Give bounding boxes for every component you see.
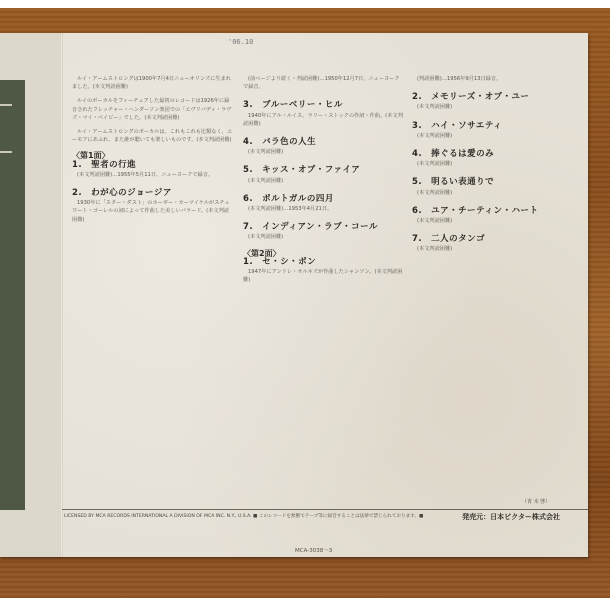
track-notes: (本文判読困難) [412, 160, 575, 168]
track-number: 5 [243, 165, 249, 175]
track-number: 1 [243, 257, 249, 267]
track-title: インディアン・ラブ・コール [262, 222, 378, 232]
track-number: 7 [243, 222, 249, 232]
album-cover-edge [0, 33, 62, 557]
license-notice: LICENSED BY MCA RECORDS INTERNATIONAL A … [64, 513, 423, 519]
track-item: 7. 二人のタンゴ(本文判読困難) [412, 235, 575, 253]
track-notes: (本文判読困難) [412, 103, 575, 111]
track-item: 3. ブルーベリー・ヒル1940年にアル・ルイス、ラリー・ストックの作詞・作曲。… [243, 101, 403, 128]
track-item: 1. 聖者の行進 (本文判読困難)…1955年5月11日、ニューヨークで録音。 [72, 161, 234, 179]
track-notes: (本文判読困難) [243, 177, 403, 185]
liner-notes-sheet: '06.10 ルイ・アームストロングは1900年7月4日ニューオリンズに生まれま… [0, 33, 588, 557]
handwritten-note: '06.10 [228, 38, 253, 46]
track-number: 2 [72, 188, 78, 198]
track-item: 2. メモリーズ・オブ・ユー(本文判読困難) [412, 93, 575, 111]
track-item: 3. ハイ・ソサエティ(本文判読困難) [412, 122, 575, 140]
track-title: キッス・オブ・ファイア [262, 165, 360, 175]
track-item: 5. 明るい表通りで(本文判読困難) [412, 178, 575, 196]
track-notes: (本文判読困難) [412, 245, 575, 253]
track-title: 捧ぐるは愛のみ [431, 149, 494, 159]
track-title: セ・シ・ボン [262, 257, 316, 267]
track-number: 4 [412, 149, 418, 159]
track-title: バラ色の人生 [262, 137, 316, 147]
track-notes: (本文判読困難)…1953年4月21日。 [243, 205, 403, 213]
track-number: 1 [72, 160, 78, 170]
track-title: 明るい表通りで [431, 177, 494, 187]
track-title: 二人のタンゴ [431, 234, 485, 244]
track-number: 4 [243, 137, 249, 147]
track-item: 4. バラ色の人生(本文判読困難) [243, 138, 403, 156]
track-notes: (本文判読困難) [412, 189, 575, 197]
column-1: ルイ・アームストロングは1900年7月4日ニューオリンズに生まれました。(本文判… [72, 75, 234, 230]
track-title: 聖者の行進 [91, 160, 136, 170]
intro-paragraph: ルイ・アームストロングのボーカルは、これもこれも比類なく、ユーモアにあふれ、また… [72, 128, 234, 144]
track-item: 7. インディアン・ラブ・コール(本文判読困難) [243, 223, 403, 241]
footer-divider [62, 509, 588, 510]
track-title: ブルーベリー・ヒル [262, 100, 343, 110]
track-item: 2. わが心のジョージア 1930年に「スター・ダスト」のホーギー・カーマイケル… [72, 189, 234, 224]
track-number: 2 [412, 92, 418, 102]
intro-paragraph: ルイのボーカルをフィーチュアした最初のレコードは1926年に録音されたフレッチャ… [72, 97, 234, 122]
track-notes: 1947年にアンドレ・オルネズが作曲したシャンソン。(本文判読困難) [243, 268, 403, 284]
track-item: 6. ユア・チーティン・ハート(本文判読困難) [412, 207, 575, 225]
track-notes: 1940年にアル・ルイス、ラリー・ストックの作詞・作曲。(本文判読困難) [243, 112, 403, 128]
track-item: 5. キッス・オブ・ファイア(本文判読困難) [243, 166, 403, 184]
sheet-fold-crease [60, 33, 63, 557]
track-number: 5 [412, 177, 418, 187]
track-title: ポルトガルの四月 [262, 194, 334, 204]
track-notes: (本文判読困難) [412, 217, 575, 225]
track-number: 7 [412, 234, 418, 244]
lead-text: (前ページより続く・判読困難)…1950年12月7日、ニューヨークで録音。 [243, 75, 403, 91]
author-credit: （青 木 啓） [522, 498, 550, 505]
track-item: 4. 捧ぐるは愛のみ(本文判読困難) [412, 150, 575, 168]
track-number: 3 [412, 121, 418, 131]
track-notes: (本文判読困難) [243, 233, 403, 241]
track-title: メモリーズ・オブ・ユー [431, 92, 529, 102]
track-number: 6 [243, 194, 249, 204]
track-title: ユア・チーティン・ハート [431, 206, 538, 216]
column-3: (判読困難)…1956年9月13日録音。 2. メモリーズ・オブ・ユー(本文判読… [412, 75, 575, 260]
intro-paragraph: ルイ・アームストロングは1900年7月4日ニューオリンズに生まれました。(本文判… [72, 75, 234, 91]
cover-art-strip [0, 80, 25, 510]
lead-text: (判読困難)…1956年9月13日録音。 [412, 75, 575, 83]
track-number: 3 [243, 100, 249, 110]
track-notes: 1930年に「スター・ダスト」のホーギー・カーマイケルがスチュワート・ゴーレルの… [72, 199, 234, 224]
track-notes: (本文判読困難)…1955年5月11日、ニューヨークで録音。 [72, 171, 234, 179]
track-item: 1. セ・シ・ボン1947年にアンドレ・オルネズが作曲したシャンソン。(本文判読… [243, 258, 403, 285]
track-number: 6 [412, 206, 418, 216]
catalog-number: MCA-3038～3 [295, 546, 332, 554]
track-item: 6. ポルトガルの四月(本文判読困難)…1953年4月21日。 [243, 195, 403, 213]
column-2: (前ページより続く・判読困難)…1950年12月7日、ニューヨークで録音。 3.… [243, 75, 403, 290]
track-title: わが心のジョージア [91, 188, 172, 198]
track-title: ハイ・ソサエティ [431, 121, 502, 131]
track-notes: (本文判読困難) [243, 148, 403, 156]
publisher: 発売元：日本ビクター株式会社 [462, 512, 560, 522]
track-notes: (本文判読困難) [412, 132, 575, 140]
